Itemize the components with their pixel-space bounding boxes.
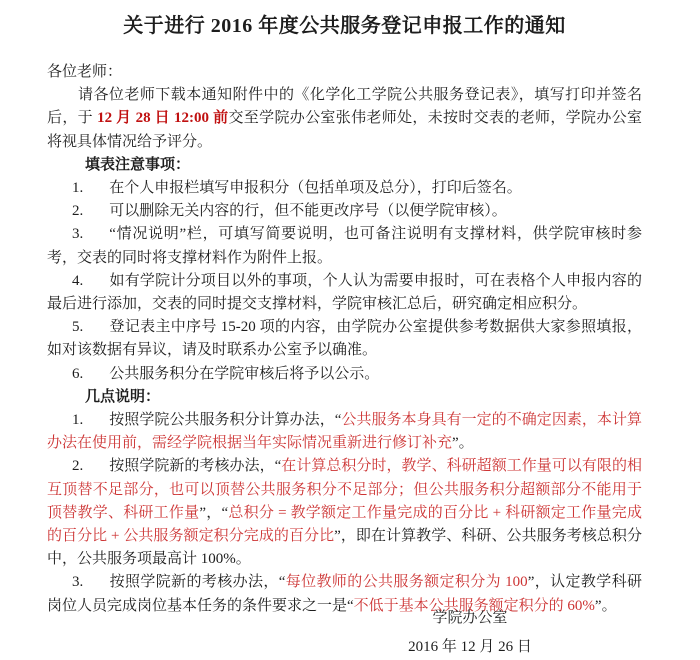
- item-number: 1.: [72, 180, 83, 196]
- text-segment: ”，“: [199, 505, 228, 521]
- text-segment: 公共服务积分在学院审核后将予以公示。: [109, 366, 379, 382]
- text-segment: 如有学院计分项目以外的事项，个人认为需要申报时，可在表格个人申报内容的最后进行添…: [47, 273, 642, 312]
- list-item: 5.登记表主中序号 15-20 项的内容，由学院办公室提供参考数据供大家参照填报…: [47, 316, 642, 362]
- item-number: 1.: [72, 412, 83, 428]
- section-notes-items: 1.在个人申报栏填写申报积分（包括单项及总分），打印后签名。2.可以删除无关内容…: [47, 177, 642, 386]
- section-remarks-heading: 几点说明：: [85, 386, 642, 409]
- list-item: 4.如有学院计分项目以外的事项，个人认为需要申报时，可在表格个人申报内容的最后进…: [47, 270, 642, 316]
- text-segment: 可以删除无关内容的行，但不能更改序号（以便学院审核）。: [109, 203, 507, 219]
- list-item: 3.“情况说明”栏，可填写简要说明，也可备注说明有支撑材料，供学院审核时参考，交…: [47, 223, 642, 269]
- text-segment: 按照学院新的考核办法，“: [109, 574, 285, 590]
- text-segment: ”。: [452, 435, 474, 451]
- list-item: 6.公共服务积分在学院审核后将予以公示。: [47, 363, 642, 386]
- item-number: 4.: [72, 273, 83, 289]
- page-background: { "document": { "title": "关于进行 2016 年度公共…: [0, 0, 700, 660]
- item-number: 2.: [72, 203, 83, 219]
- item-number: 6.: [72, 366, 83, 382]
- item-number: 3.: [72, 574, 83, 590]
- signature-block: 学院办公室 2016 年 12 月 26 日: [340, 604, 600, 660]
- signature-date: 2016 年 12 月 26 日: [340, 633, 600, 660]
- item-number: 5.: [72, 319, 83, 335]
- list-item: 2.可以删除无关内容的行，但不能更改序号（以便学院审核）。: [47, 200, 642, 223]
- text-segment: 在个人申报栏填写申报积分（包括单项及总分），打印后签名。: [109, 180, 522, 196]
- notice-title: 关于进行 2016 年度公共服务登记申报工作的通知: [47, 13, 642, 40]
- highlighted-text: 每位教师的公共服务额定积分为 100: [285, 574, 527, 590]
- section-notes-heading: 填表注意事项：: [85, 154, 642, 177]
- highlighted-text: 12 月 28 日 12:00 前: [97, 110, 228, 126]
- list-item: 1.按照学院公共服务积分计算办法，“公共服务本身具有一定的不确定因素，本计算办法…: [47, 409, 642, 455]
- notice-document: 关于进行 2016 年度公共服务登记申报工作的通知 各位老师： 请各位老师下载本…: [0, 0, 700, 660]
- text-segment: “情况说明”栏，可填写简要说明，也可备注说明有支撑材料，供学院审核时参考，交表的…: [47, 226, 642, 265]
- intro-paragraph: 请各位老师下载本通知附件中的《化学化工学院公共服务登记表》，填写打印并签名后，于…: [47, 84, 642, 154]
- list-item: 2.按照学院新的考核办法，“在计算总积分时，教学、科研超额工作量可以有限的相互顶…: [47, 455, 642, 571]
- section-remarks-items: 1.按照学院公共服务积分计算办法，“公共服务本身具有一定的不确定因素，本计算办法…: [47, 409, 642, 618]
- text-segment: 按照学院公共服务积分计算办法，“: [109, 412, 341, 428]
- text-segment: 登记表主中序号 15-20 项的内容，由学院办公室提供参考数据供大家参照填报，如…: [47, 319, 642, 358]
- signature-office: 学院办公室: [340, 604, 600, 633]
- list-item: 1.在个人申报栏填写申报积分（包括单项及总分），打印后签名。: [47, 177, 642, 200]
- salutation: 各位老师：: [47, 61, 642, 84]
- item-number: 2.: [72, 458, 83, 474]
- item-number: 3.: [72, 226, 83, 242]
- text-segment: 按照学院新的考核办法，“: [109, 458, 281, 474]
